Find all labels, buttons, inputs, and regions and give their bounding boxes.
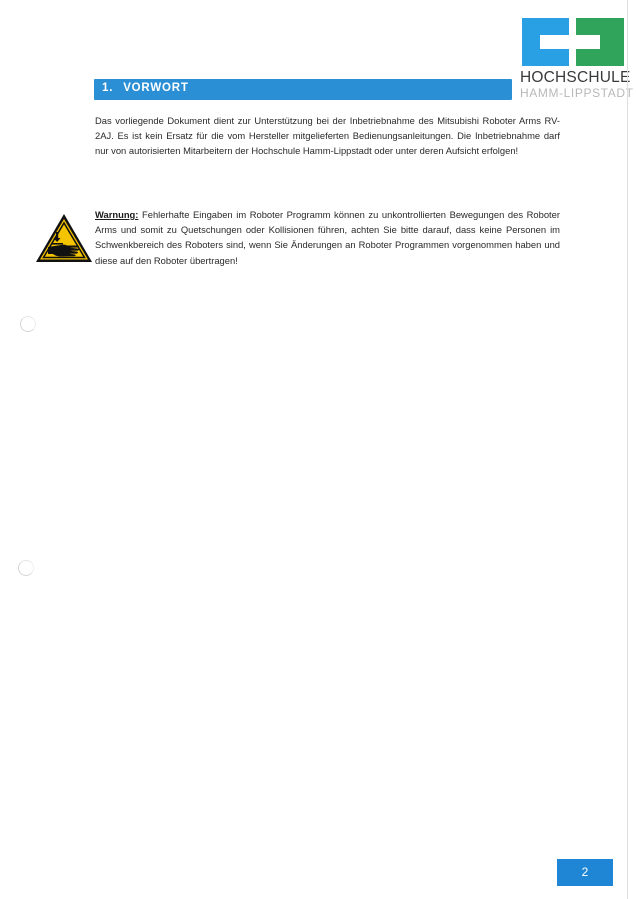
hshl-logo-icon <box>522 18 624 66</box>
section-heading: 1.VORWORT <box>102 82 189 94</box>
page-number: 2 <box>557 865 613 879</box>
section-title: VORWORT <box>123 82 188 94</box>
logo-subtitle: HAMM-LIPPSTADT <box>520 86 634 100</box>
section-number: 1. <box>102 82 113 94</box>
logo-name: HOCHSCHULE <box>520 69 631 87</box>
scan-edge-line <box>627 0 628 899</box>
warning-label: Warnung: <box>95 209 138 220</box>
logo-notch-right <box>576 35 600 49</box>
warning-text: Fehlerhafte Eingaben im Roboter Programm… <box>95 209 560 266</box>
logo-notch-left <box>540 35 569 49</box>
intro-paragraph: Das vorliegende Dokument dient zur Unter… <box>95 113 560 159</box>
hand-crush-warning-icon <box>34 212 94 264</box>
punch-hole-mark <box>20 316 36 332</box>
university-logo: HOCHSCHULE HAMM-LIPPSTADT <box>516 14 628 104</box>
warning-paragraph: Warnung: Fehlerhafte Eingaben im Roboter… <box>95 207 560 268</box>
page-number-box: 2 <box>557 859 613 886</box>
punch-hole-mark <box>18 560 34 576</box>
section-heading-bar: 1.VORWORT <box>94 79 512 100</box>
